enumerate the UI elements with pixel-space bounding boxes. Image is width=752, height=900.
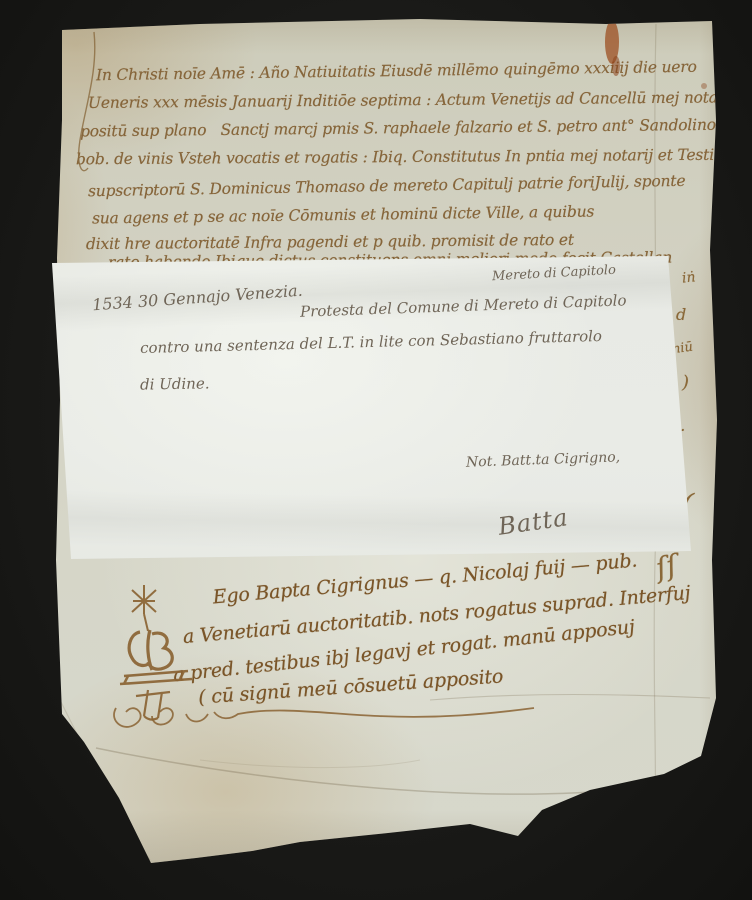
document-photo: In Christi noīe Amē : Año Natiuitatis Ei…	[0, 0, 752, 900]
ink-dot	[111, 807, 120, 817]
paraph-flourish-icon	[114, 708, 534, 727]
margin-flourish	[79, 32, 95, 171]
slip-subject-line: Protesta del Comune di Mereto di Capitol…	[300, 291, 627, 320]
slip-signature: Batta	[496, 503, 570, 541]
slip-corner-note: Mereto di Capitolo	[492, 263, 617, 284]
notary-signum-icon	[120, 585, 192, 720]
slip-notary-note: Not. Batt.ta Cigrigno,	[466, 449, 621, 470]
slip-date-line: 1534 30 Gennajo Venezia.	[92, 281, 304, 315]
slip-subject-line: di Udine.	[140, 374, 210, 393]
slip-subject-line: contro una sentenza del L.T. in lite con…	[140, 327, 602, 357]
